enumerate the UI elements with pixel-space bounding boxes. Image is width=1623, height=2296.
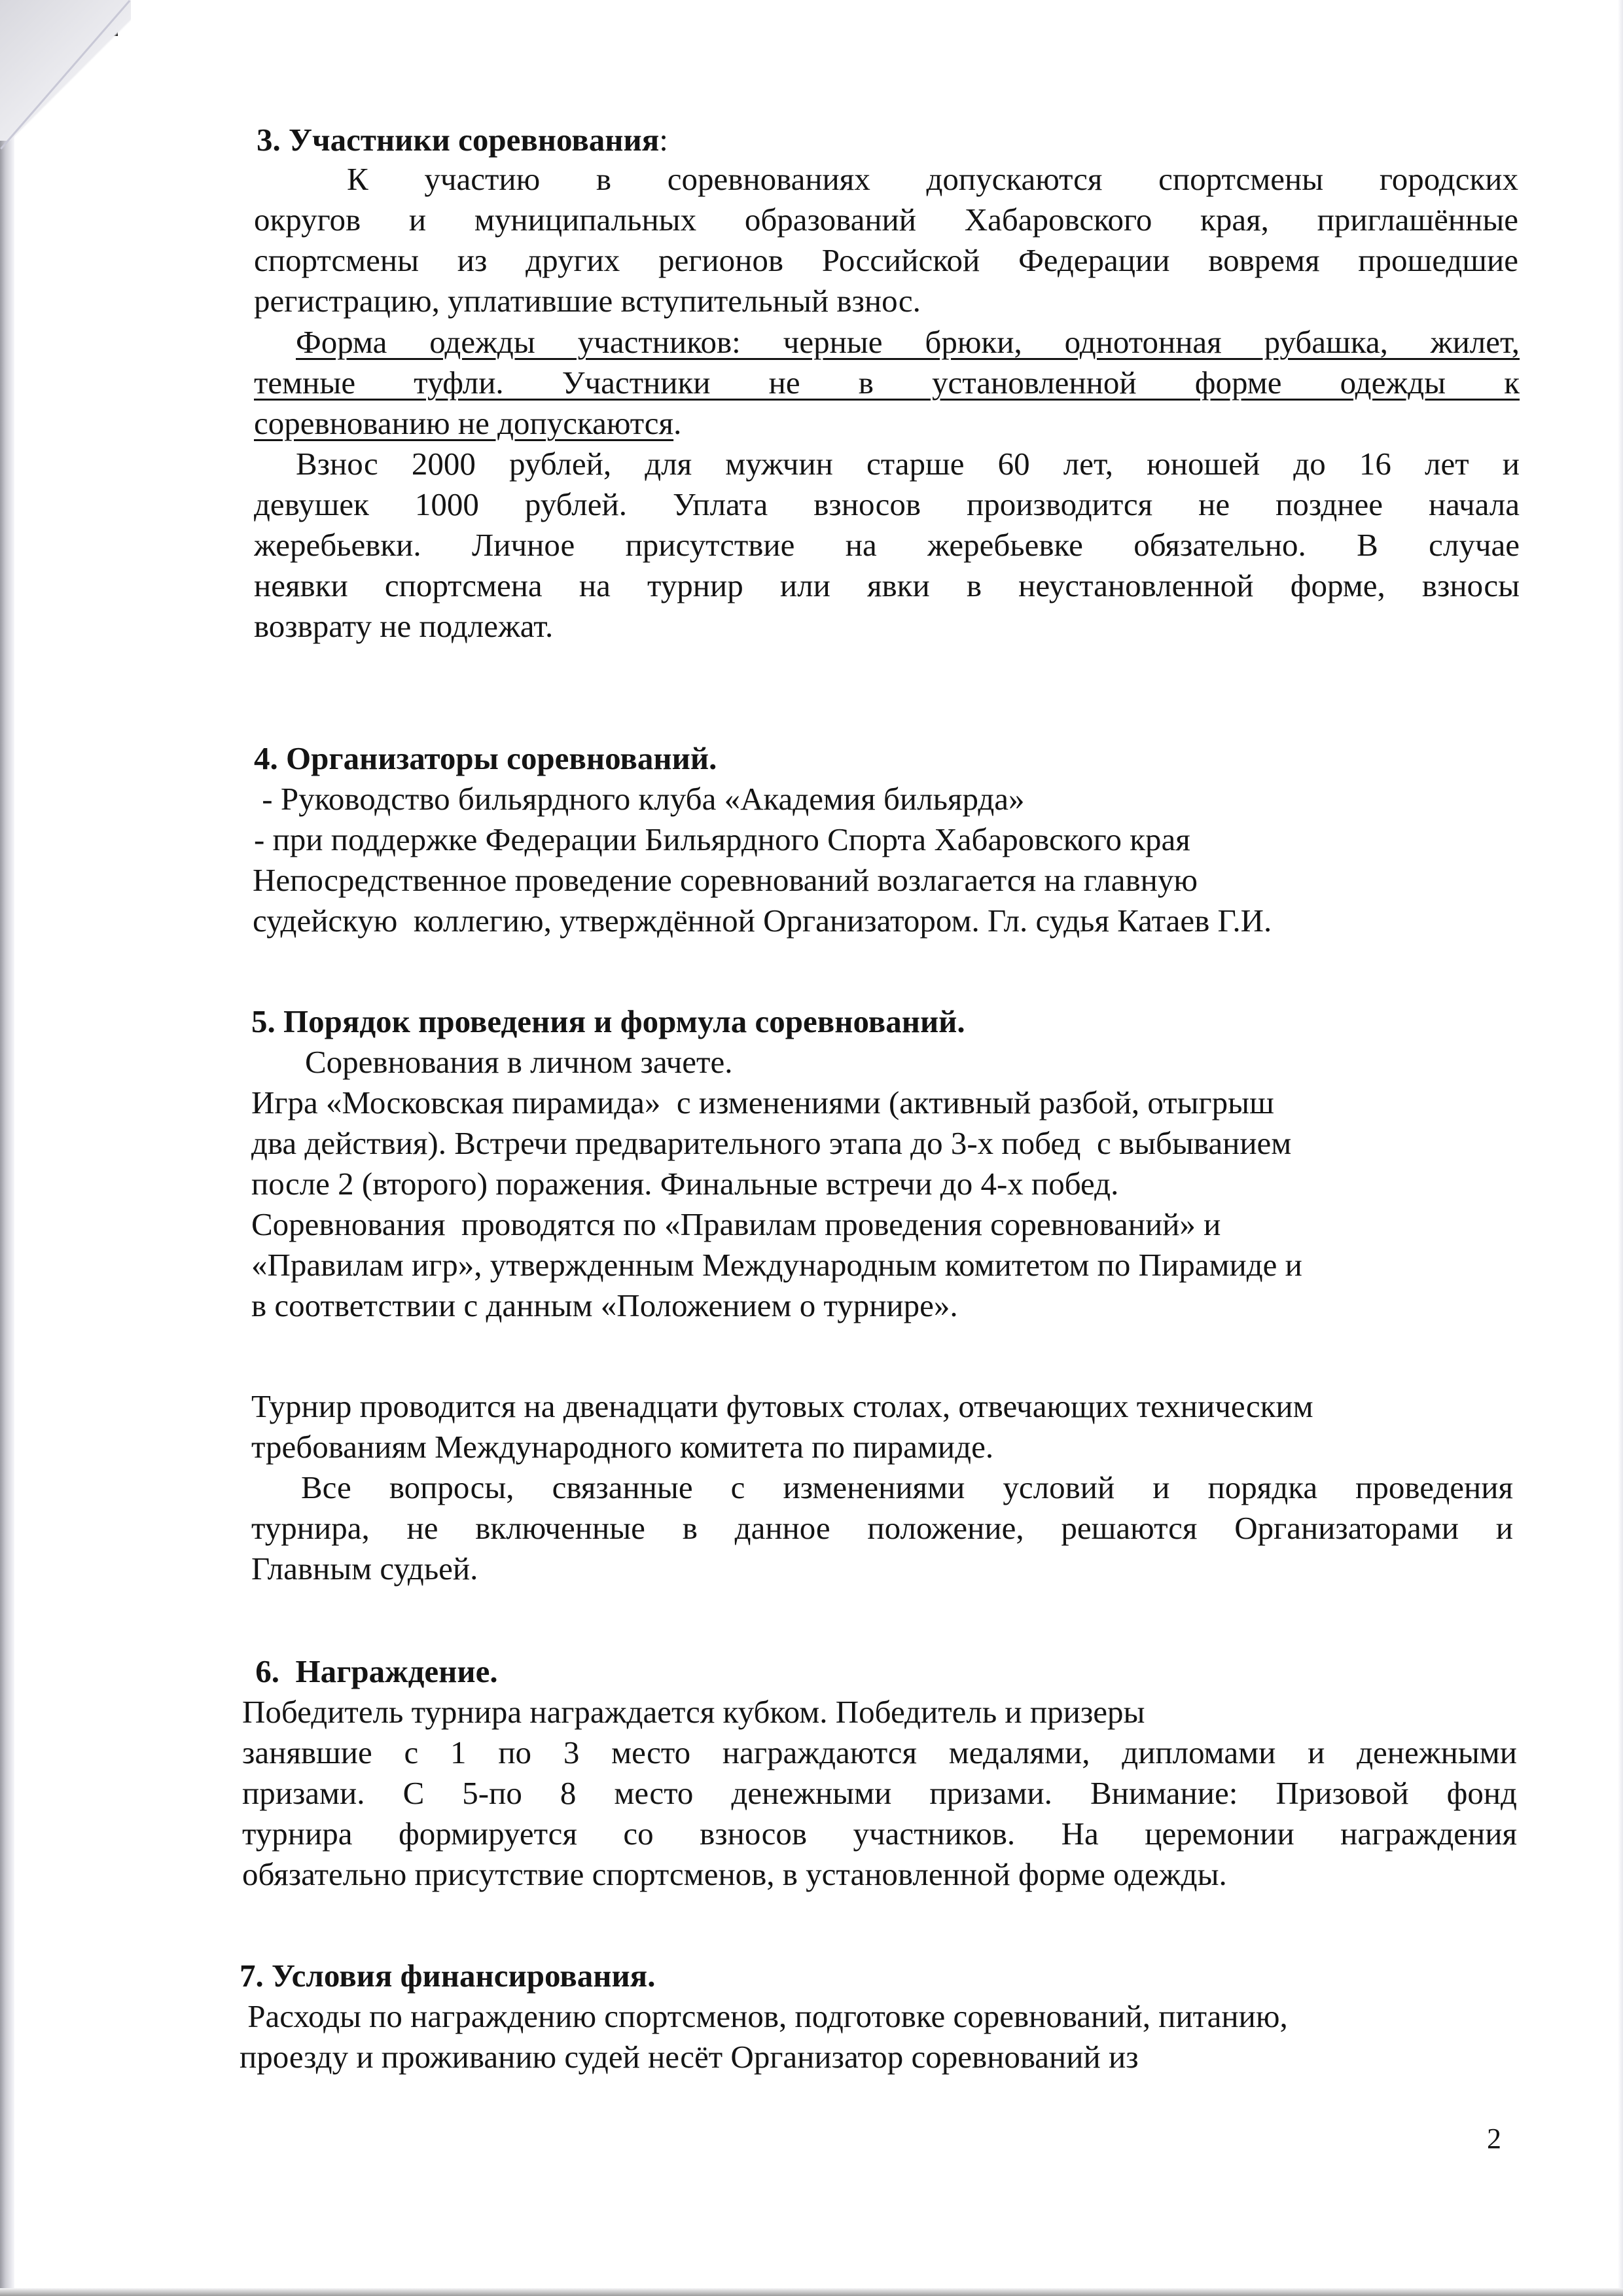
s4-line: - Руководство бильярдного клуба «Академи…	[254, 779, 1025, 819]
s7-line: Расходы по награждению спортсменов, подг…	[240, 1996, 1288, 2037]
questions-line: турнира, не включенные в данное положени…	[251, 1508, 1513, 1549]
fee-line: неявки спортсмена на турнир или явки в н…	[254, 565, 1520, 606]
dress-code-text: соревнованию не допускаются	[254, 405, 673, 441]
s5-line: Игра «Московская пирамида» с изменениями…	[251, 1083, 1274, 1123]
dress-code-line: Форма одежды участников: черные брюки, о…	[296, 322, 1520, 363]
dress-code-line: темные туфли. Участники не в установленн…	[254, 363, 1520, 403]
s5-line: «Правилам игр», утвержденным Международн…	[251, 1245, 1302, 1285]
s3-paragraph-line: округов и муниципальных образований Хаба…	[254, 200, 1518, 240]
fee-line: девушек 1000 рублей. Уплата взносов прои…	[254, 484, 1520, 525]
s6-line: призами. С 5-по 8 место денежными призам…	[242, 1773, 1517, 1814]
tables-line: Турнир проводится на двенадцати футовых …	[251, 1386, 1313, 1427]
questions-line: Главным судьей.	[251, 1549, 478, 1589]
s3-paragraph-line: спортсмены из других регионов Российской…	[254, 240, 1518, 281]
s6-line: Победитель турнира награждается кубком. …	[242, 1692, 1145, 1732]
s3-paragraph-line: регистрацию, уплатившие вступительный вз…	[254, 281, 921, 321]
s5-line: Соревнования в личном зачете.	[305, 1042, 732, 1083]
s3-paragraph-line: К участию в соревнованиях допускаются сп…	[347, 159, 1518, 200]
s4-line: судейскую коллегию, утверждённой Организ…	[253, 901, 1272, 941]
page-number: 2	[1487, 2123, 1501, 2155]
s4-line: Непосредственное проведение соревнований…	[253, 860, 1198, 901]
s6-line: обязательно присутствие спортсменов, в у…	[242, 1854, 1227, 1895]
dress-code-period: .	[673, 405, 681, 441]
s5-line: Соревнования проводятся по «Правилам про…	[251, 1204, 1221, 1245]
section-6-heading: 6. Награждение.	[247, 1651, 498, 1692]
s5-line: в соответствии с данным «Положением о ту…	[251, 1285, 958, 1326]
fee-line: возврату не подлежат.	[254, 606, 553, 647]
questions-line: Все вопросы, связанные с изменениями усл…	[301, 1467, 1513, 1508]
document-page: 3. Участники соревнования: К участию в с…	[0, 0, 1623, 2296]
section-3-heading: 3. Участники соревнования:	[257, 120, 668, 160]
s6-line: турнира формируется со взносов участнико…	[242, 1814, 1517, 1854]
s5-line: два действия). Встречи предварительного …	[251, 1123, 1291, 1164]
s5-line: после 2 (второго) поражения. Финальные в…	[251, 1164, 1118, 1204]
tables-line: требованиям Международного комитета по п…	[251, 1427, 993, 1467]
s6-line: занявшие с 1 по 3 место награждаются мед…	[242, 1732, 1517, 1773]
fee-line: жеребьевки. Личное присутствие на жеребь…	[254, 525, 1520, 565]
fee-line: Взнос 2000 рублей, для мужчин старше 60 …	[296, 444, 1520, 484]
heading-colon: :	[659, 122, 668, 158]
section-5-heading: 5. Порядок проведения и формула соревнов…	[251, 1001, 965, 1042]
s4-line: - при поддержке Федерации Бильярдного Сп…	[254, 819, 1190, 860]
s7-line: проезду и проживанию судей несёт Организ…	[240, 2037, 1139, 2077]
section-7-heading: 7. Условия финансирования.	[240, 1956, 655, 1996]
dress-code-line-last: соревнованию не допускаются.	[254, 403, 681, 444]
heading-text: 3. Участники соревнования	[257, 122, 659, 158]
section-4-heading: 4. Организаторы соревнований.	[254, 738, 717, 779]
